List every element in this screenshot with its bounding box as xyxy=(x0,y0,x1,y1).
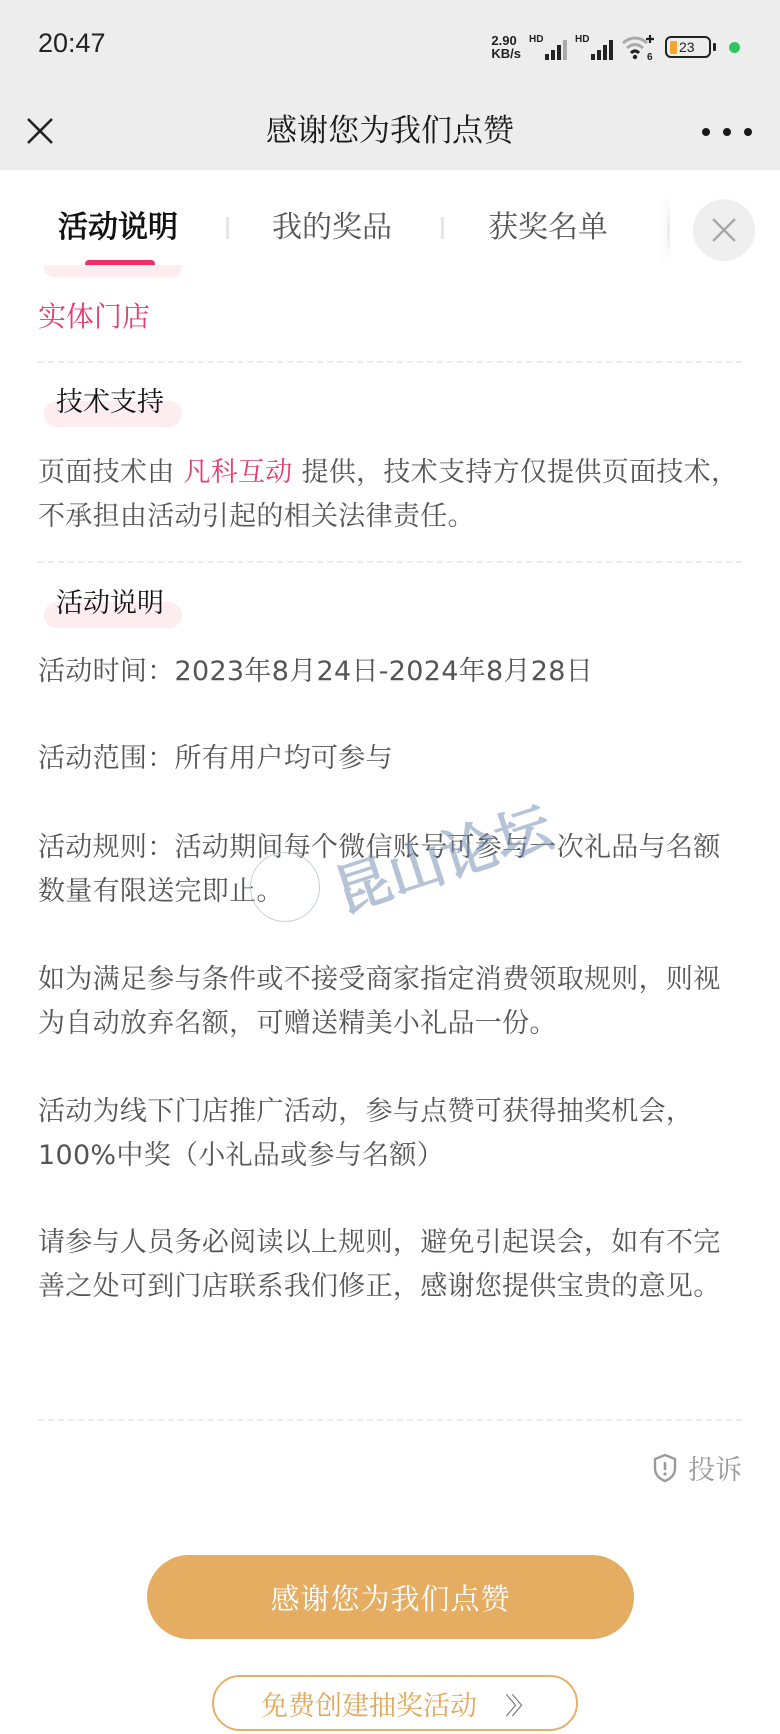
privacy-indicator-icon xyxy=(729,42,740,53)
battery-icon: 23 xyxy=(665,36,711,58)
create-lottery-button[interactable]: 免费创建抽奖活动 〉〉 xyxy=(212,1675,578,1731)
shield-alert-icon xyxy=(652,1453,678,1483)
activity-notice: 请参与人员务必阅读以上规则，避免引起误会，如有不完善之处可到门店联系我们修正，感… xyxy=(38,1221,744,1309)
nav-bar: 感谢您为我们点赞 xyxy=(0,95,780,170)
wifi-icon: 6 xyxy=(621,33,657,61)
activity-time: 活动时间：2023年8月24日-2024年8月28日 xyxy=(38,650,744,694)
svg-text:6: 6 xyxy=(647,52,653,61)
divider xyxy=(38,361,742,363)
signal-sim2-icon: HD xyxy=(575,34,613,60)
status-bar: 20:47 2.90 KB/s HD HD 6 23 xyxy=(0,0,780,95)
more-button[interactable] xyxy=(702,117,752,147)
activity-forfeit-rule: 如为满足参与条件或不接受商家指定消费领取规则，则视为自动放弃名额，可赠送精美小礼… xyxy=(38,958,744,1046)
provider-link[interactable]: 凡科互动 xyxy=(183,457,292,488)
activity-rules: 活动规则：活动期间每个微信账号可参与一次礼品与名额数量有限送完即止。 xyxy=(38,826,744,914)
close-icon xyxy=(711,217,737,243)
section-title-highlight xyxy=(44,265,182,277)
tab-separator xyxy=(226,217,229,239)
tab-bar: 活动说明 我的奖品 获奖名单 xyxy=(0,170,780,270)
report-button[interactable]: 投诉 xyxy=(652,1448,742,1487)
status-time: 20:47 xyxy=(38,28,106,59)
more-icon xyxy=(702,128,710,136)
like-button[interactable]: 感谢您为我们点赞 xyxy=(147,1555,634,1639)
activity-scope: 活动范围：所有用户均可参与 xyxy=(38,737,744,781)
section-title-activity-info: 活动说明 xyxy=(44,584,152,624)
tech-support-text: 页面技术由 凡科互动 提供，技术支持方仅提供页面技术，不承担由活动引起的相关法律… xyxy=(38,451,744,539)
tab-activity-info[interactable]: 活动说明 xyxy=(58,206,178,250)
tab-close-button[interactable] xyxy=(693,199,755,261)
section-title-tech-support: 技术支持 xyxy=(44,383,152,423)
tab-separator xyxy=(441,217,444,239)
tab-scroll-shadow xyxy=(667,198,670,262)
divider xyxy=(38,1419,742,1421)
divider xyxy=(38,561,742,563)
activity-promotion: 活动为线下门店推广活动，参与点赞可获得抽奖机会，100%中奖（小礼品或参与名额） xyxy=(38,1090,744,1178)
tab-my-prizes[interactable]: 我的奖品 xyxy=(272,206,392,250)
signal-sim1-icon: HD xyxy=(529,34,567,60)
status-icons: 2.90 KB/s HD HD 6 23 xyxy=(491,32,740,62)
network-speed: 2.90 KB/s xyxy=(491,34,521,60)
store-link[interactable]: 实体门店 xyxy=(38,297,150,337)
tab-winners-list[interactable]: 获奖名单 xyxy=(488,206,608,250)
double-chevron-right-icon: 〉〉 xyxy=(505,1686,529,1721)
page-title: 感谢您为我们点赞 xyxy=(0,105,780,157)
